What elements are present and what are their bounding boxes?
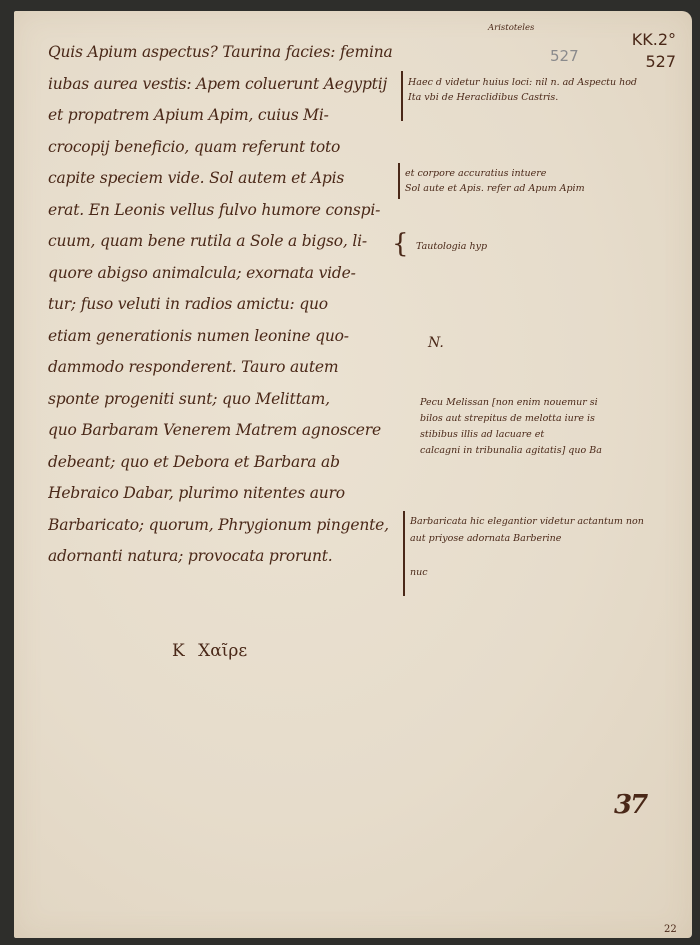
margin-note-line: Ita vbi de Heraclidibus Castris. bbox=[408, 90, 637, 105]
margin-note-line: nuc bbox=[410, 564, 644, 581]
shelfmark-code: KK.2° bbox=[632, 29, 676, 51]
margin-note-5: Pecu Melissan [non enim nouemur si bilos… bbox=[420, 395, 602, 459]
margin-note-line bbox=[410, 547, 644, 564]
bottom-folio-number: 37 bbox=[614, 790, 646, 820]
text-line: adornanti natura; provocata prorunt. bbox=[48, 541, 410, 573]
text-line: Barbaricato; quorum, Phrygionum pingente… bbox=[48, 510, 410, 542]
margin-note-2: et corpore accuratius intuere Sol aute e… bbox=[405, 166, 585, 196]
shelfmark: KK.2° 527 bbox=[632, 29, 676, 73]
text-line: debeant; quo et Debora et Barbara ab bbox=[48, 447, 410, 479]
text-line: etiam generationis numen leonine quo- bbox=[48, 321, 410, 353]
margin-note-line: N. bbox=[428, 336, 444, 351]
text-line: capite speciem vide. Sol autem et Apis bbox=[48, 163, 410, 195]
margin-note-line: calcagni in tribunalia agitatis] quo Ba bbox=[420, 443, 602, 459]
text-line: tur; fuso veluti in radios amictu: quo bbox=[48, 289, 410, 321]
margin-note-1: Haec d videtur huius loci: nil n. ad Asp… bbox=[408, 75, 637, 105]
main-text-block: Quis Apium aspectus? Taurina facies: fem… bbox=[48, 37, 410, 573]
margin-note-line: Tautologia hyp bbox=[416, 239, 487, 254]
margin-bracket-line bbox=[401, 71, 403, 121]
text-line: sponte progeniti sunt; quo Melittam, bbox=[48, 384, 410, 416]
margin-note-line: aut priyose adornata Barberine bbox=[410, 530, 644, 547]
corner-number: 22 bbox=[664, 924, 677, 935]
margin-note-4: N. bbox=[428, 336, 444, 351]
text-line: iubas aurea vestis: Apem coluerunt Aegyp… bbox=[48, 69, 410, 101]
margin-note-line: Haec d videtur huius loci: nil n. ad Asp… bbox=[408, 75, 637, 90]
text-line: Quis Apium aspectus? Taurina facies: fem… bbox=[48, 37, 410, 69]
margin-note-line: stibibus illis ad lacuare et bbox=[420, 427, 602, 443]
margin-bracket-line bbox=[398, 163, 400, 199]
margin-bracket-line bbox=[403, 511, 405, 596]
margin-note-line: Sol aute et Apis. refer ad Apum Apim bbox=[405, 181, 585, 196]
margin-note-line: Barbaricata hic elegantior videtur actan… bbox=[410, 513, 644, 530]
header-annotation: Aristoteles bbox=[488, 23, 534, 33]
text-line: erat. En Leonis vellus fulvo humore cons… bbox=[48, 195, 410, 227]
curly-brace-icon: { bbox=[392, 231, 409, 257]
text-line: cuum, quam bene rutila a Sole a bigso, l… bbox=[48, 226, 410, 258]
greek-inscription: K Χαῖρε bbox=[172, 641, 247, 661]
text-line: dammodo responderent. Tauro autem bbox=[48, 352, 410, 384]
margin-note-line: et corpore accuratius intuere bbox=[405, 166, 585, 181]
pencil-folio-number: 527 bbox=[550, 47, 579, 65]
margin-note-line: Pecu Melissan [non enim nouemur si bbox=[420, 395, 602, 411]
manuscript-page: Aristoteles 527 KK.2° 527 Quis Apium asp… bbox=[14, 11, 692, 938]
margin-note-3: Tautologia hyp bbox=[416, 239, 487, 254]
text-line: quo Barbaram Venerem Matrem agnoscere bbox=[48, 415, 410, 447]
text-line: quore abigso animalcula; exornata vide- bbox=[48, 258, 410, 290]
margin-note-6: Barbaricata hic elegantior videtur actan… bbox=[410, 513, 644, 581]
text-line: Hebraico Dabar, plurimo nitentes auro bbox=[48, 478, 410, 510]
text-line: crocopij beneficio, quam referunt toto bbox=[48, 132, 410, 164]
ink-folio-number: 527 bbox=[632, 51, 676, 73]
text-line: et propatrem Apium Apim, cuius Mi- bbox=[48, 100, 410, 132]
margin-note-line: bilos aut strepitus de melotta iure is bbox=[420, 411, 602, 427]
